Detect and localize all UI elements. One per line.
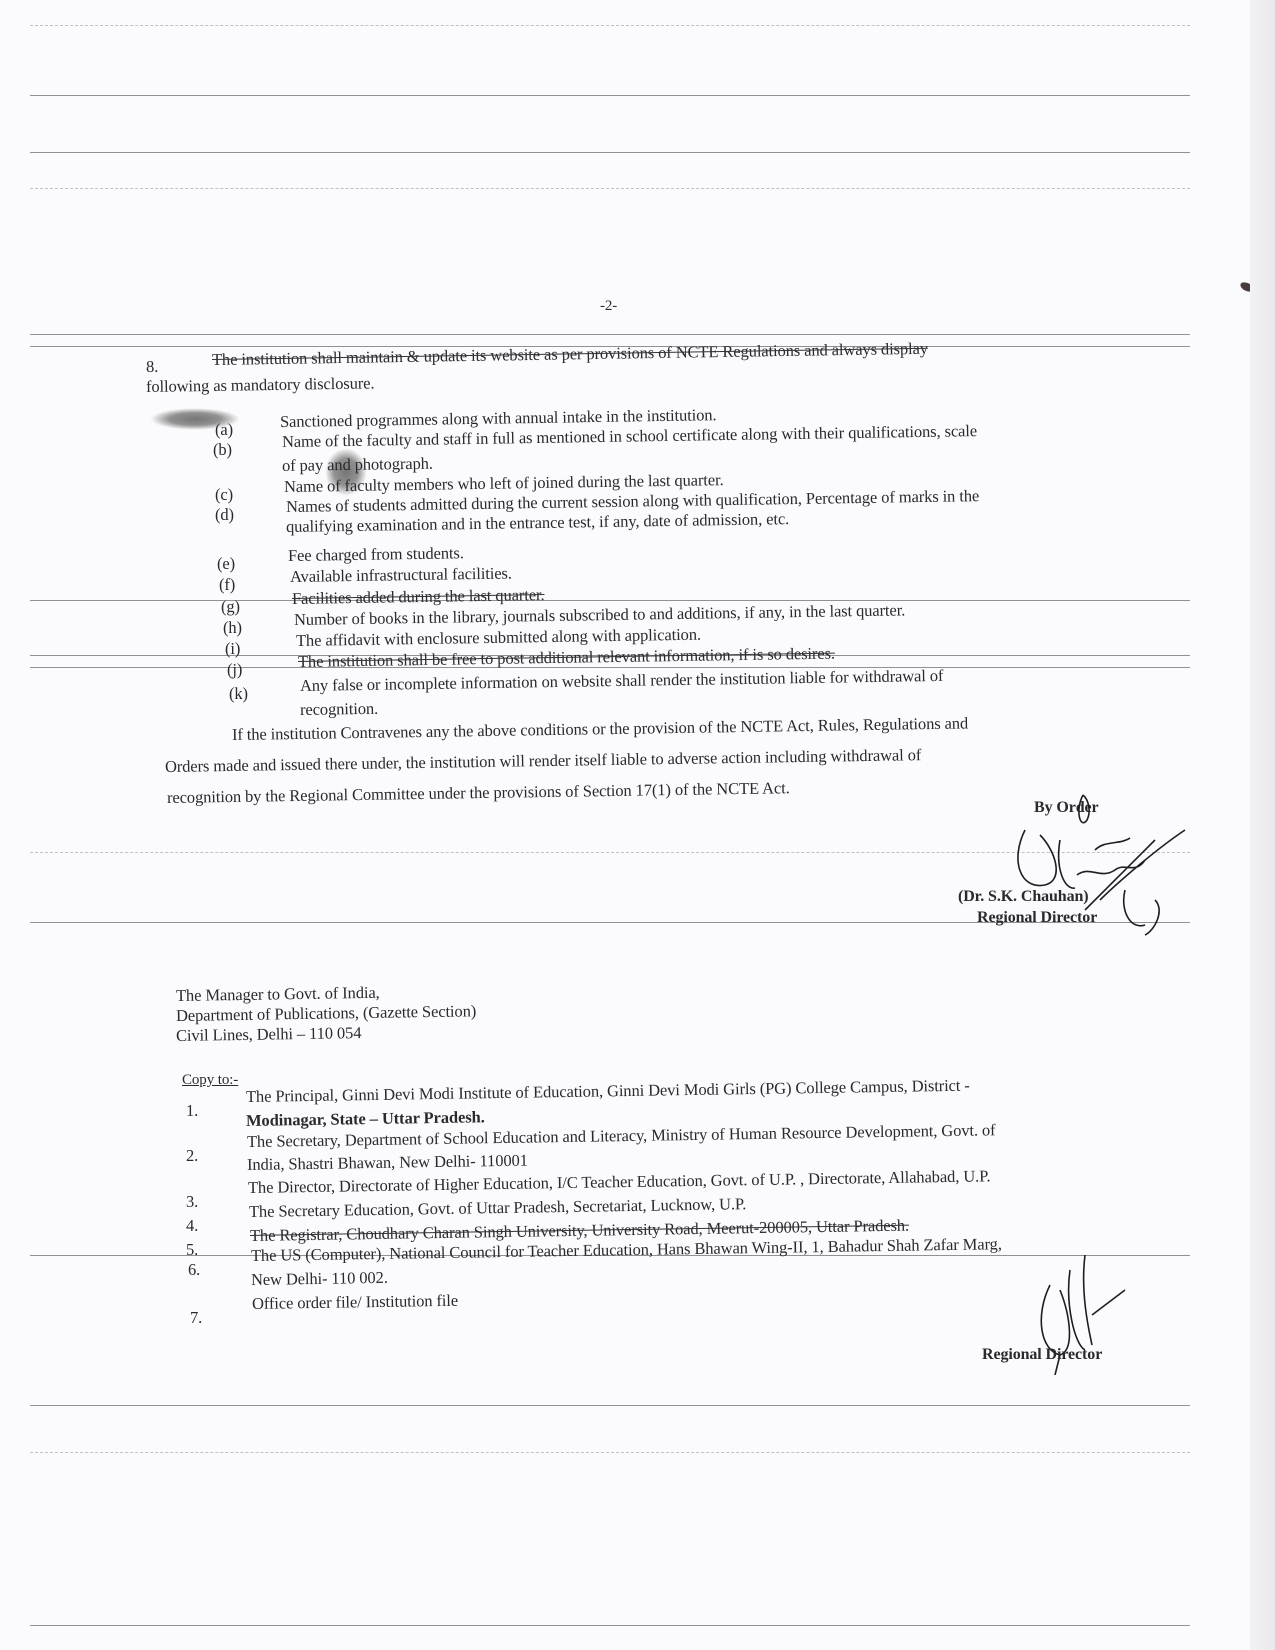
disclosure-item-label: (c) xyxy=(215,485,233,505)
scan-artifact-line xyxy=(30,25,1190,26)
page-number: -2- xyxy=(600,296,617,316)
copy-to-item-text: The Principal, Ginni Devi Modi Institute… xyxy=(246,1076,970,1107)
signatory-name: (Dr. S.K. Chauhan) xyxy=(958,887,1089,907)
disclosure-item-label: (j) xyxy=(227,660,242,680)
scan-artifact-line xyxy=(30,152,1190,153)
disclosure-item-label: (h) xyxy=(223,618,242,638)
disclosure-item-label: (g) xyxy=(221,597,240,617)
copy-to-item-text: India, Shastri Bhawan, New Delhi- 110001 xyxy=(247,1151,528,1175)
scan-artifact-line xyxy=(30,667,1190,668)
copy-to-item-text: The Secretary Education, Govt. of Uttar … xyxy=(249,1194,747,1222)
disclosure-item-label: (d) xyxy=(215,505,234,525)
disclosure-item-text: Fee charged from students. xyxy=(288,543,464,566)
disclosure-item-label: (i) xyxy=(225,639,240,659)
contravention-line3: recognition by the Regional Committee un… xyxy=(167,778,790,808)
disclosure-item-text: Facilities added during the last quarter… xyxy=(292,585,545,609)
copy-to-item-text: Office order file/ Institution file xyxy=(252,1291,458,1314)
copy-to-item-number: 1. xyxy=(186,1101,198,1121)
disclosure-item-label: (a) xyxy=(215,420,233,440)
ink-spot xyxy=(1239,280,1255,293)
clause-intro-line2: following as mandatory disclosure. xyxy=(146,373,375,397)
contravention-line2: Orders made and issued there under, the … xyxy=(165,745,922,777)
copy-to-item-number: 5. xyxy=(186,1240,198,1260)
addressee-line2: Department of Publications, (Gazette Sec… xyxy=(176,1001,476,1026)
copy-to-item-number: 3. xyxy=(186,1192,198,1212)
scan-artifact-line xyxy=(30,95,1190,96)
disclosure-item-text: of pay and photograph. xyxy=(282,454,433,476)
clause-number: 8. xyxy=(146,357,159,377)
scan-artifact-line xyxy=(30,1405,1190,1406)
copy-to-item-number: 4. xyxy=(186,1216,198,1236)
scan-artifact-line xyxy=(30,188,1190,189)
disclosure-item-label: (b) xyxy=(213,440,232,460)
clause-intro-line1: The institution shall maintain & update … xyxy=(212,339,928,370)
scan-artifact-line xyxy=(30,1625,1190,1626)
disclosure-item-label: (f) xyxy=(219,575,235,595)
copy-to-item-text: Modinagar, State – Uttar Pradesh. xyxy=(246,1107,485,1131)
copy-to-item-number: 6. xyxy=(188,1260,200,1280)
copy-to-item-text: New Delhi- 110 002. xyxy=(251,1268,388,1290)
copy-to-item-number: 2. xyxy=(186,1146,198,1166)
scanned-document-page: -2- 8. The institution shall maintain & … xyxy=(0,0,1250,1650)
disclosure-item-label: (k) xyxy=(229,684,248,704)
disclosure-item-text: Available infrastructural facilities. xyxy=(290,564,512,587)
copy-to-item-number: 7. xyxy=(190,1308,202,1328)
scan-artifact-line xyxy=(30,1452,1190,1453)
disclosure-item-text: recognition. xyxy=(300,699,378,720)
copy-to-heading: Copy to:- xyxy=(182,1070,238,1090)
scan-artifact-line xyxy=(30,600,1190,601)
addressee-line3: Civil Lines, Delhi – 110 054 xyxy=(176,1023,362,1046)
signatory-designation-2: Regional Director xyxy=(982,1345,1102,1365)
scan-artifact-line xyxy=(30,334,1190,335)
signatory-designation: Regional Director xyxy=(977,908,1097,928)
disclosure-item-label: (e) xyxy=(217,554,235,574)
